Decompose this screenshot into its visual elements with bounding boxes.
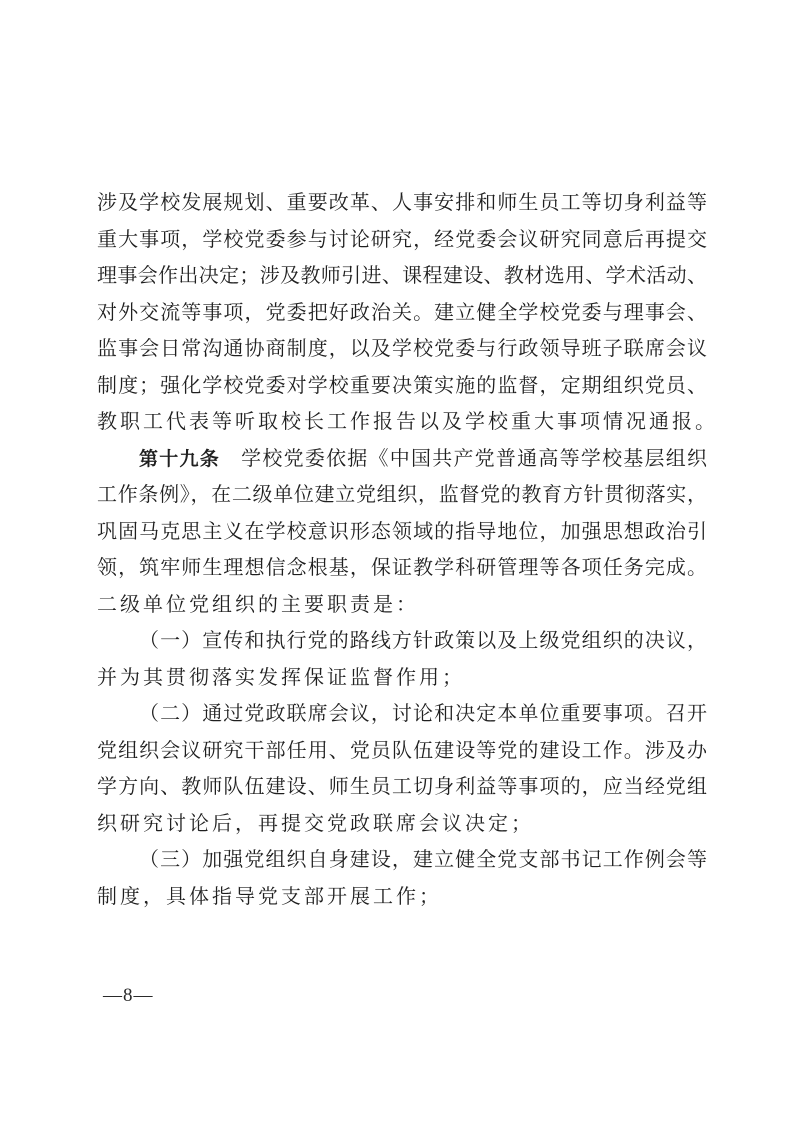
text-line: 第十九条 学校党委依据《中国共产党普通高等学校基层组织 [97,441,707,478]
text-line: 学方向、教师队伍建设、师生员工切身利益等事项的，应当经党组 [97,769,707,806]
text-segment: 学校党委依据《中国共产党普通高等学校基层组织 [220,448,707,470]
text-segment: 重大事项，学校党委参与讨论研究，经党委会议研究同意后再提交 [97,229,707,251]
text-line: （二）通过党政联席会议，讨论和决定本单位重要事项。召开 [97,696,707,733]
text-segment: 织研究讨论后，再提交党政联席会议决定； [97,813,534,835]
text-segment: 教职工代表等听取校长工作报告以及学校重大事项情况通报。 [97,411,718,433]
text-line: 涉及学校发展规划、重要改革、人事安排和师生员工等切身利益等 [97,185,707,222]
text-line: 理事会作出决定；涉及教师引进、课程建设、教材选用、学术活动、 [97,258,707,295]
text-line: 领，筑牢师生理想信念根基，保证教学科研管理等各项任务完成。 [97,550,707,587]
text-line: 织研究讨论后，再提交党政联席会议决定； [97,806,707,843]
article-number: 第十九条 [139,449,220,470]
text-segment: 对外交流等事项，党委把好政治关。建立健全学校党委与理事会、 [97,302,707,324]
text-line: 工作条例》，在二级单位建立党组织，监督党的教育方针贯彻落实， [97,477,707,514]
text-segment: （二）通过党政联席会议，讨论和决定本单位重要事项。召开 [139,703,707,725]
text-segment: 领，筑牢师生理想信念根基，保证教学科研管理等各项任务完成。 [97,557,707,579]
text-line: 制度，具体指导党支部开展工作； [97,879,707,916]
text-block: 涉及学校发展规划、重要改革、人事安排和师生员工等切身利益等重大事项，学校党委参与… [97,185,707,915]
text-segment: 巩固马克思主义在学校意识形态领域的指导地位，加强思想政治引 [97,521,707,543]
text-segment: 工作条例》，在二级单位建立党组织，监督党的教育方针贯彻落实， [97,484,707,506]
text-segment: 党组织会议研究干部任用、党员队伍建设等党的建设工作。涉及办 [97,740,707,762]
text-line: 二级单位党组织的主要职责是： [97,587,707,624]
text-segment: 监事会日常沟通协商制度，以及学校党委与行政领导班子联席会议 [97,338,707,360]
text-line: 党组织会议研究干部任用、党员队伍建设等党的建设工作。涉及办 [97,733,707,770]
text-segment: 学方向、教师队伍建设、师生员工切身利益等事项的，应当经党组 [97,776,707,798]
page-number: —8— [103,985,154,1007]
text-segment: 理事会作出决定；涉及教师引进、课程建设、教材选用、学术活动、 [97,265,707,287]
text-segment: 制度；强化学校党委对学校重要决策实施的监督，定期组织党员、 [97,375,707,397]
text-segment: （一）宣传和执行党的路线方针政策以及上级党组织的决议， [139,630,707,652]
text-line: 对外交流等事项，党委把好政治关。建立健全学校党委与理事会、 [97,295,707,332]
text-line: 制度；强化学校党委对学校重要决策实施的监督，定期组织党员、 [97,368,707,405]
text-segment: 制度，具体指导党支部开展工作； [97,886,442,908]
text-line: （一）宣传和执行党的路线方针政策以及上级党组织的决议， [97,623,707,660]
text-line: 监事会日常沟通协商制度，以及学校党委与行政领导班子联席会议 [97,331,707,368]
text-segment: 涉及学校发展规划、重要改革、人事安排和师生员工等切身利益等 [97,192,707,214]
document-page: 涉及学校发展规划、重要改革、人事安排和师生员工等切身利益等重大事项，学校党委参与… [0,0,793,1122]
text-line: 重大事项，学校党委参与讨论研究，经党委会议研究同意后再提交 [97,222,707,259]
text-line: （三）加强党组织自身建设，建立健全党支部书记工作例会等 [97,842,707,879]
text-segment: 二级单位党组织的主要职责是： [97,594,419,616]
text-line: 巩固马克思主义在学校意识形态领域的指导地位，加强思想政治引 [97,514,707,551]
text-line: 教职工代表等听取校长工作报告以及学校重大事项情况通报。 [97,404,707,441]
text-line: 并为其贯彻落实发挥保证监督作用； [97,660,707,697]
text-segment: （三）加强党组织自身建设，建立健全党支部书记工作例会等 [139,849,707,871]
text-segment: 并为其贯彻落实发挥保证监督作用； [97,667,465,689]
